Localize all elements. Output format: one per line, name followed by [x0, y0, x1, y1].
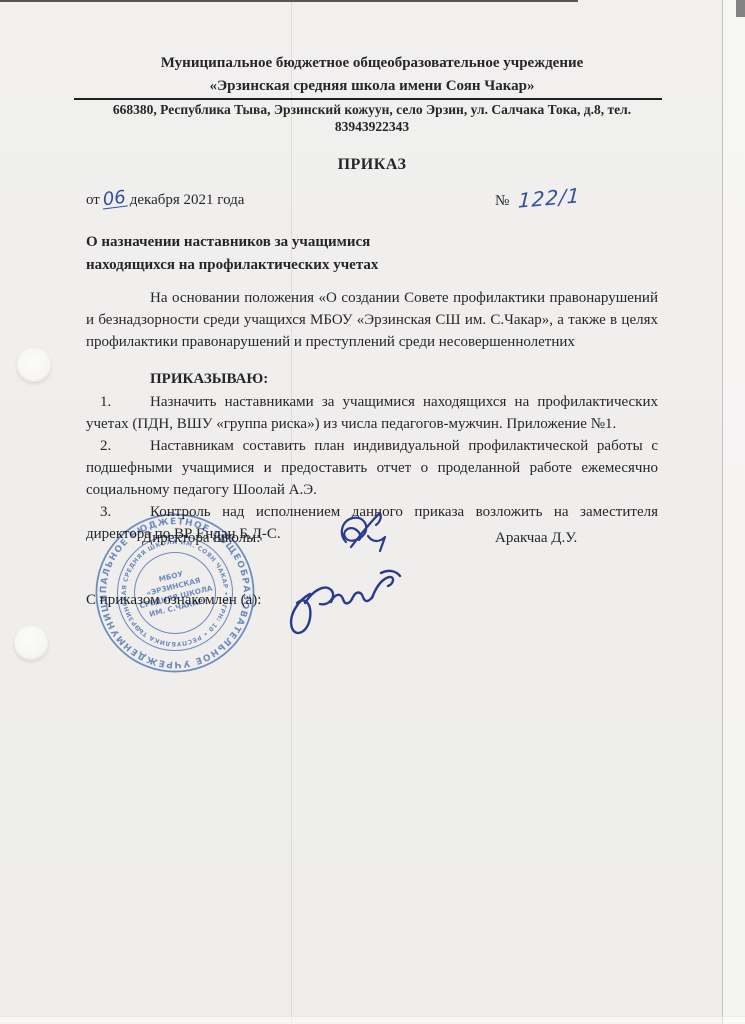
- item-text: Назначить наставниками за учащимися нахо…: [86, 394, 658, 432]
- scan-right-strip: [723, 0, 745, 1024]
- acknowledgement-signature: [280, 558, 404, 652]
- official-round-stamp: МУНИЦИПАЛЬНОЕ БЮДЖЕТНОЕ ОБЩЕОБРАЗОВАТЕЛЬ…: [94, 512, 256, 674]
- scan-right-fold-line: [722, 0, 723, 1024]
- date-prefix: от: [86, 192, 100, 208]
- punch-hole-bottom: [14, 626, 48, 660]
- handwritten-day: 06: [101, 190, 128, 210]
- decree-word: ПРИКАЗЫВАЮ:: [150, 368, 658, 391]
- order-subject: О назначении наставников за учащимися на…: [86, 231, 658, 277]
- subject-line2: находящихся на профилактических учетах: [86, 254, 658, 277]
- header-rule: [74, 98, 662, 100]
- date-rest: декабря 2021 года: [130, 192, 245, 208]
- director-signature: [334, 506, 406, 560]
- scan-top-edge: [0, 0, 578, 2]
- subject-line1: О назначении наставников за учащимися: [86, 231, 658, 254]
- punch-hole-top: [17, 348, 51, 382]
- order-item: 1.Назначить наставниками за учащимися на…: [86, 391, 658, 435]
- director-name: Аракчаа Д.У.: [495, 530, 577, 547]
- order-title: ПРИКАЗ: [86, 153, 658, 176]
- order-preamble: На основании положения «О создании Совет…: [86, 287, 658, 353]
- organization-name-line1: Муниципальное бюджетное общеобразователь…: [86, 52, 658, 75]
- item-number: 1.: [100, 391, 150, 413]
- handwritten-order-number: 122/1: [518, 186, 581, 210]
- item-number: 2.: [100, 435, 150, 457]
- scan-bottom-edge: [0, 1016, 745, 1024]
- number-label: №: [495, 193, 509, 209]
- organization-name-line2: «Эрзинская средняя школа имени Соян Чака…: [86, 75, 658, 98]
- scanned-order-page: Муниципальное бюджетное общеобразователь…: [0, 0, 745, 1024]
- organization-address: 668380, Республика Тыва, Эрзинский кожуу…: [86, 101, 658, 135]
- order-item: 2.Наставникам составить план индивидуаль…: [86, 435, 658, 501]
- item-text: Наставникам составить план индивидуально…: [86, 438, 658, 498]
- date-and-number-row: от06декабря 2021 года №122/1: [86, 189, 658, 212]
- order-document: Муниципальное бюджетное общеобразователь…: [86, 52, 658, 545]
- order-number: №122/1: [495, 189, 581, 213]
